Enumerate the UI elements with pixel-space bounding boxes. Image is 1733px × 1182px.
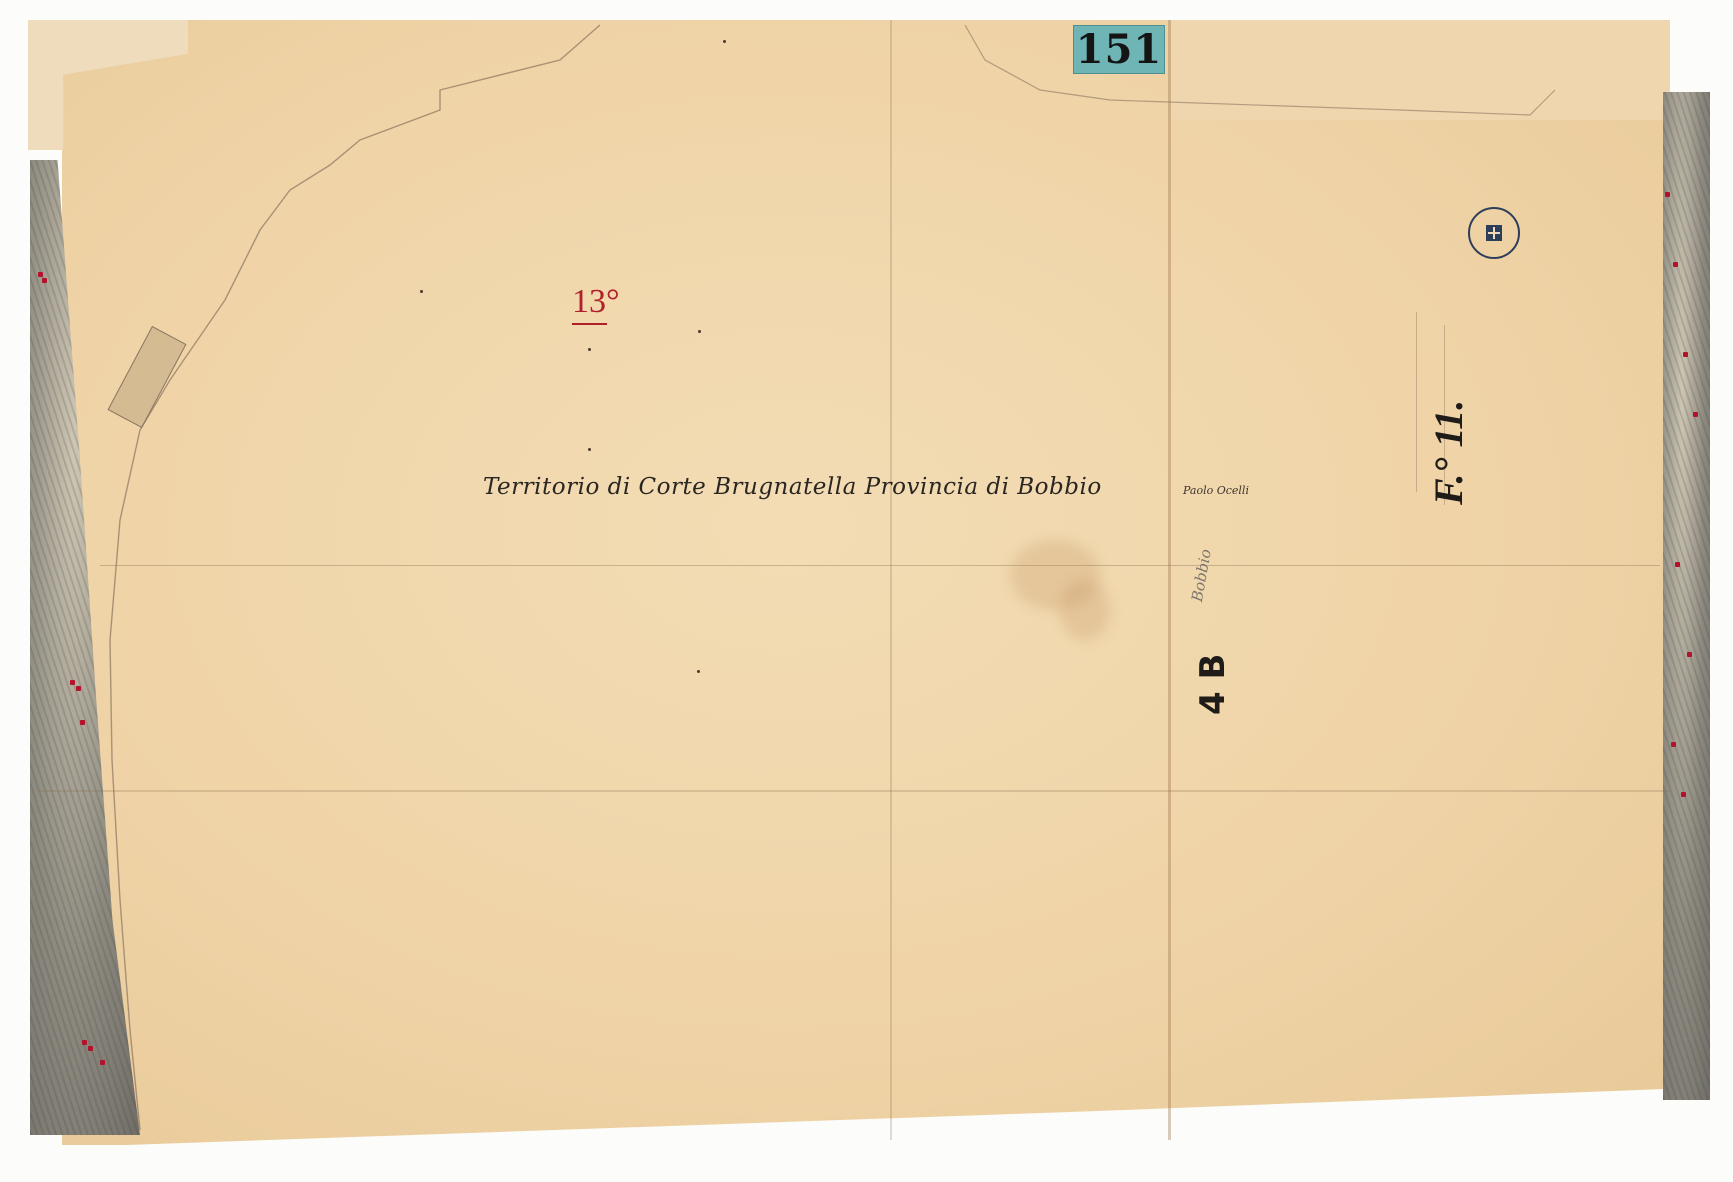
speck	[588, 448, 591, 451]
sheet-number-label: 151	[1073, 25, 1165, 74]
sheet-index-number: 13°	[572, 283, 620, 321]
archive-stamp-icon	[1468, 207, 1520, 259]
foglio-rule-left	[1416, 312, 1417, 492]
archive-code: 4 B	[1193, 654, 1233, 715]
speck	[697, 670, 700, 673]
stain	[1060, 580, 1110, 640]
territory-boundary	[0, 0, 1733, 1182]
foglio-number: F.° 11.	[1425, 400, 1472, 505]
cross-shield-icon	[1486, 225, 1502, 241]
speck	[723, 40, 726, 43]
speck	[588, 348, 591, 351]
map-sheet: 151 13° Territorio di Corte Brugnatella …	[0, 0, 1733, 1182]
map-title: Territorio di Corte Brugnatella Provinci…	[483, 474, 1102, 500]
speck	[420, 290, 423, 293]
speck	[698, 330, 701, 333]
sheet-index-underline	[572, 323, 607, 325]
surveyor-signature: Paolo Ocelli	[1183, 484, 1249, 497]
